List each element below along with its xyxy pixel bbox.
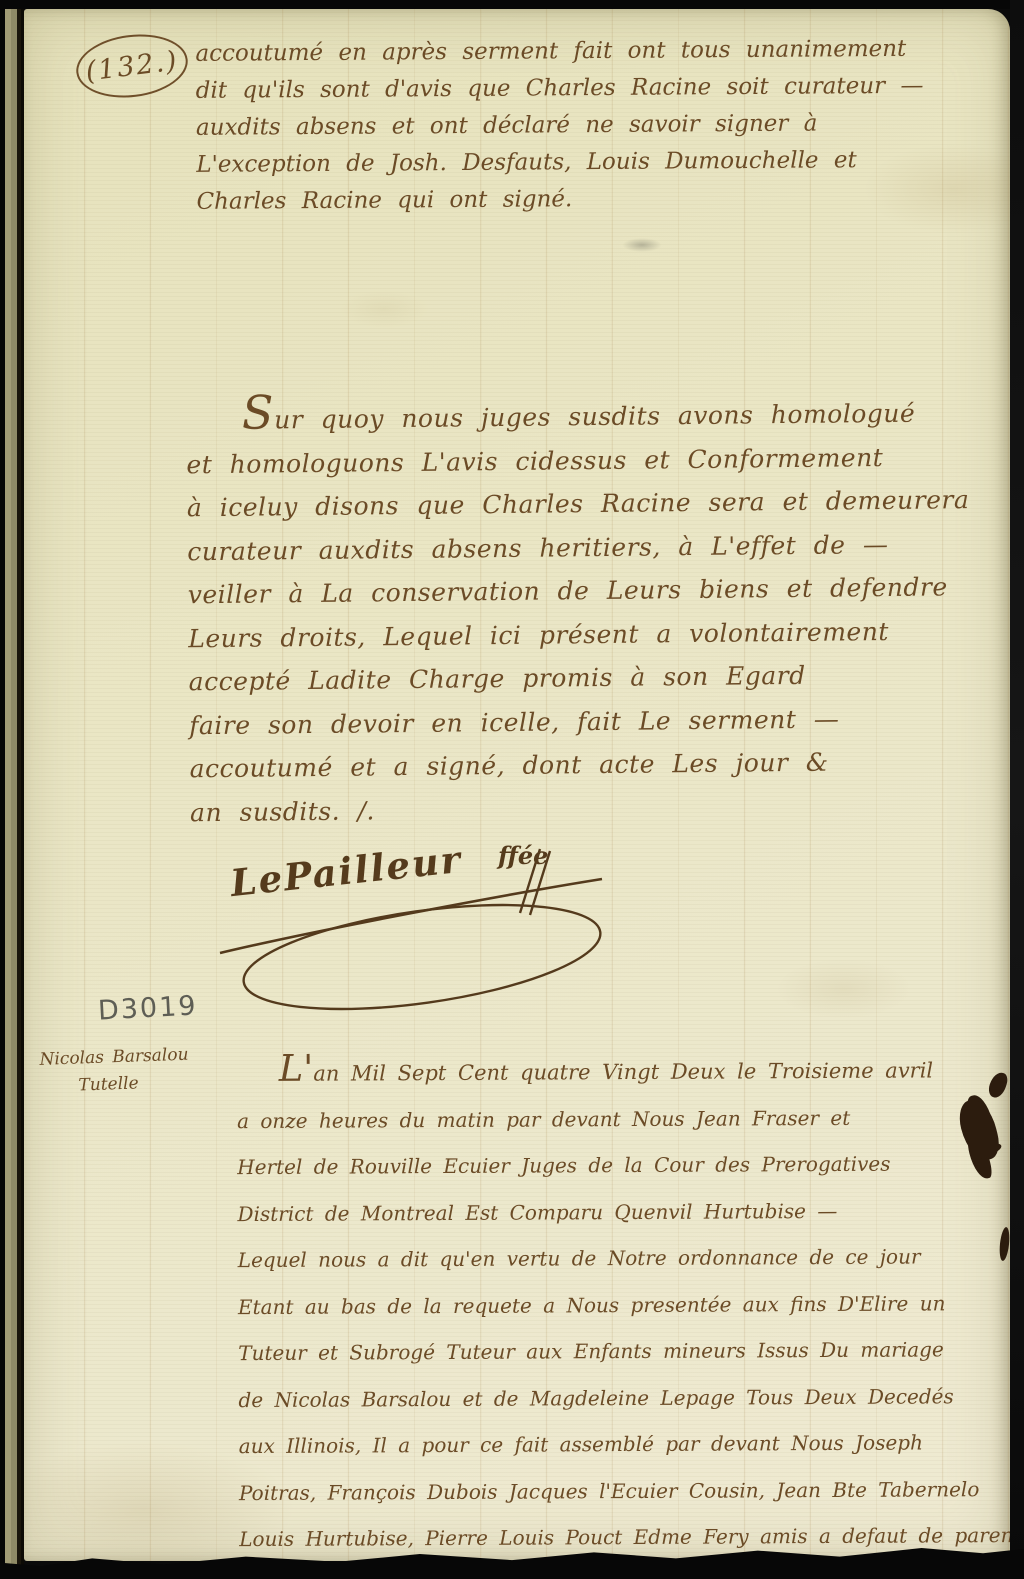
margin-note: Nicolas Barsalou Tutelle: [39, 1039, 261, 1101]
signature-suffix: ffée: [498, 841, 548, 870]
handwritten-line: de Nicolas Barsalou et de Magdeleine Lep…: [238, 1372, 1010, 1423]
session-paragraph: L'an Mil Sept Cent quatre Vingt Deux le …: [237, 1047, 1010, 1561]
adjacent-page-edge: [0, 0, 24, 1579]
scanned-document: (132.) accoutumé en après serment fait o…: [0, 0, 1024, 1579]
scan-top-border: [0, 0, 1024, 9]
page-number: (132.): [84, 45, 180, 87]
archive-reference: D3019: [97, 990, 198, 1026]
handwritten-line: Tuteur et Subrogé Tuteur aux Enfants min…: [238, 1326, 1010, 1377]
opening-paragraph: accoutumé en après serment fait ont tous…: [195, 30, 1006, 221]
handwritten-line: Poitras, François Dubois Jacques l'Ecuie…: [239, 1465, 1010, 1516]
handwritten-line: Leurs droits, Lequel ici présent a volon…: [188, 608, 1008, 660]
handwritten-line: Charles Racine qui ont signé.: [196, 178, 1006, 221]
handwritten-line: auxdits absens et ont déclaré ne savoir …: [196, 104, 1006, 147]
scan-right-border: [1010, 0, 1024, 1579]
handwritten-line: Sur quoy nous juges susdits avons homolo…: [186, 391, 1006, 443]
handwritten-line: a onze heures du matin par devant Nous J…: [237, 1093, 1010, 1144]
handwritten-line: dit qu'ils sont d'avis que Charles Racin…: [196, 67, 1006, 110]
handwritten-line: accoutumé en après serment fait ont tous…: [195, 30, 1005, 73]
handwritten-line: an susdits. /.: [190, 782, 1010, 834]
handwritten-line: Etant au bas de la requete a Nous presen…: [238, 1279, 1010, 1330]
handwritten-line: Lequel nous a dit qu'en vertu de Notre o…: [238, 1233, 1010, 1284]
handwritten-line: aux Illinois, Il a pour ce fait assemblé…: [239, 1419, 1010, 1470]
judgment-paragraph: Sur quoy nous juges susdits avons homolo…: [186, 391, 1010, 835]
manuscript-page: (132.) accoutumé en après serment fait o…: [24, 9, 1010, 1561]
handwritten-line: L'exception de Josh. Desfauts, Louis Dum…: [196, 141, 1006, 184]
handwritten-line: District de Montreal Est Comparu Quenvil…: [237, 1186, 1010, 1237]
handwritten-line: veiller à La conservation de Leurs biens…: [188, 565, 1008, 617]
signature-block: LePailleur ffée: [202, 835, 672, 1025]
handwritten-line: Hertel de Rouville Ecuier Juges de la Co…: [237, 1140, 1010, 1191]
handwritten-line: L'an Mil Sept Cent quatre Vingt Deux le …: [237, 1047, 1010, 1098]
page-number-badge: (132.): [73, 28, 192, 103]
